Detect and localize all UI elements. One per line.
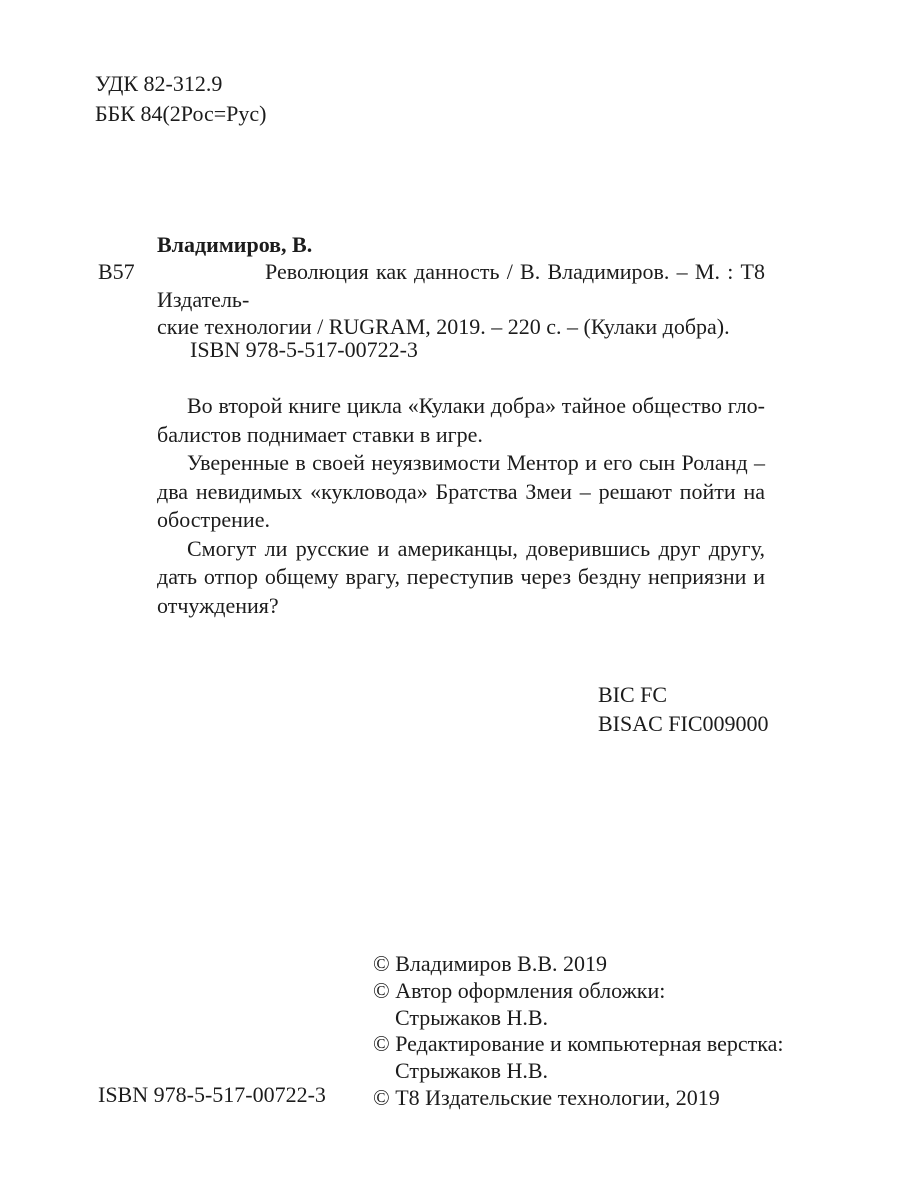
trade-classification-block: BIC FC BISAC FIC009000 <box>598 680 769 738</box>
annotation-line: Смогут ли русские и американцы, доверивш… <box>157 535 765 564</box>
copyright-line: Стрыжаков Н.В. <box>373 1005 784 1032</box>
bic-code: BIC FC <box>598 680 769 709</box>
annotation-line: Во второй книге цикла «Кулаки добра» тай… <box>157 392 765 421</box>
annotation-line: дать отпор общему врагу, переступив чере… <box>157 563 765 592</box>
isbn-top: ISBN 978-5-517-00722-3 <box>190 336 418 363</box>
copyright-block: © Владимиров В.В. 2019 © Автор оформлени… <box>373 951 784 1112</box>
udk-code: УДК 82-312.9 <box>95 69 267 99</box>
catalog-entry-line: Революция как данность / В. Владимиров. … <box>157 258 765 313</box>
isbn-bottom: ISBN 978-5-517-00722-3 <box>98 1081 326 1108</box>
bbk-code: ББК 84(2Рос=Рус) <box>95 99 267 129</box>
annotation-line: отчуждения? <box>157 592 765 621</box>
classification-codes-block: УДК 82-312.9 ББК 84(2Рос=Рус) <box>95 69 267 129</box>
copyright-line: © Редактирование и компьютерная верстка: <box>373 1031 784 1058</box>
copyright-line: © Владимиров В.В. 2019 <box>373 951 784 978</box>
annotation-line: Уверенные в своей неуязвимости Ментор и … <box>157 449 765 478</box>
annotation-line: два невидимых «кукловода» Братства Змеи … <box>157 478 765 507</box>
catalog-entry: В57 Революция как данность / В. Владимир… <box>157 258 765 341</box>
bisac-code: BISAC FIC009000 <box>598 709 769 738</box>
copyright-line: © Т8 Издательские технологии, 2019 <box>373 1085 784 1112</box>
copyright-line: Стрыжаков Н.В. <box>373 1058 784 1085</box>
catalog-code: В57 <box>98 258 135 286</box>
author-heading: Владимиров, В. <box>157 231 312 258</box>
annotation-line: обострение. <box>157 506 765 535</box>
annotation-block: Во второй книге цикла «Кулаки добра» тай… <box>157 392 765 620</box>
copyright-line: © Автор оформления обложки: <box>373 978 784 1005</box>
annotation-line: балистов поднимает ставки в игре. <box>157 421 765 450</box>
book-imprint-page: УДК 82-312.9 ББК 84(2Рос=Рус) Владимиров… <box>0 0 900 1200</box>
